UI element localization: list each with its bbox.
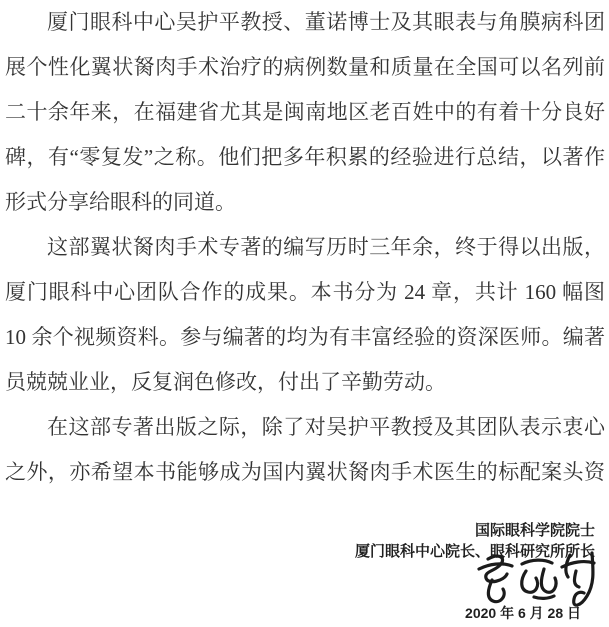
text-line: 在这部专著出版之际，除了对吴护平教授及其团队表示衷心祝贺 xyxy=(5,405,605,450)
text-line: 形式分享给眼科的同道。 xyxy=(5,180,605,225)
paragraph-3: 在这部专著出版之际，除了对吴护平教授及其团队表示衷心祝贺 之外，亦希望本书能够成… xyxy=(5,405,605,495)
signature-scrawl xyxy=(476,549,604,611)
text-line: 碑，有“零复发”之称。他们把多年积累的经验进行总结，以著作的 xyxy=(5,135,605,180)
text-line: 员兢兢业业，反复润色修改，付出了辛勤劳动。 xyxy=(5,360,605,405)
text-line: 展个性化翼状胬肉手术治疗的病例数量和质量在全国可以名列前茅， xyxy=(5,45,605,90)
text-line: 之外，亦希望本书能够成为国内翼状胬肉手术医生的标配案头资料！ xyxy=(5,450,605,495)
text-line: 二十余年来，在福建省尤其是闽南地区老百姓中的有着十分良好的口 xyxy=(5,90,605,135)
text-line: 厦门眼科中心团队合作的成果。本书分为 24 章，共计 160 幅图片， xyxy=(5,270,605,315)
paragraph-2: 这部翼状胬肉手术专著的编写历时三年余，终于得以出版，这是 厦门眼科中心团队合作的… xyxy=(5,225,605,405)
text-line: 这部翼状胬肉手术专著的编写历时三年余，终于得以出版，这是 xyxy=(5,225,605,270)
paragraph-1: 厦门眼科中心吴护平教授、董诺博士及其眼表与角膜病科团队开 展个性化翼状胬肉手术治… xyxy=(5,0,605,225)
text-line: 厦门眼科中心吴护平教授、董诺博士及其眼表与角膜病科团队开 xyxy=(5,0,605,45)
preface-page: 厦门眼科中心吴护平教授、董诺博士及其眼表与角膜病科团队开 展个性化翼状胬肉手术治… xyxy=(0,0,609,627)
signer-title-primary: 国际眼科学院院士 xyxy=(355,520,595,541)
signature-date: 2020 年 6 月 28 日 xyxy=(465,604,581,622)
preface-text: 厦门眼科中心吴护平教授、董诺博士及其眼表与角膜病科团队开 展个性化翼状胬肉手术治… xyxy=(5,0,605,495)
text-line: 10 余个视频资料。参与编著的均为有丰富经验的资深医师。编著人 xyxy=(5,315,605,360)
